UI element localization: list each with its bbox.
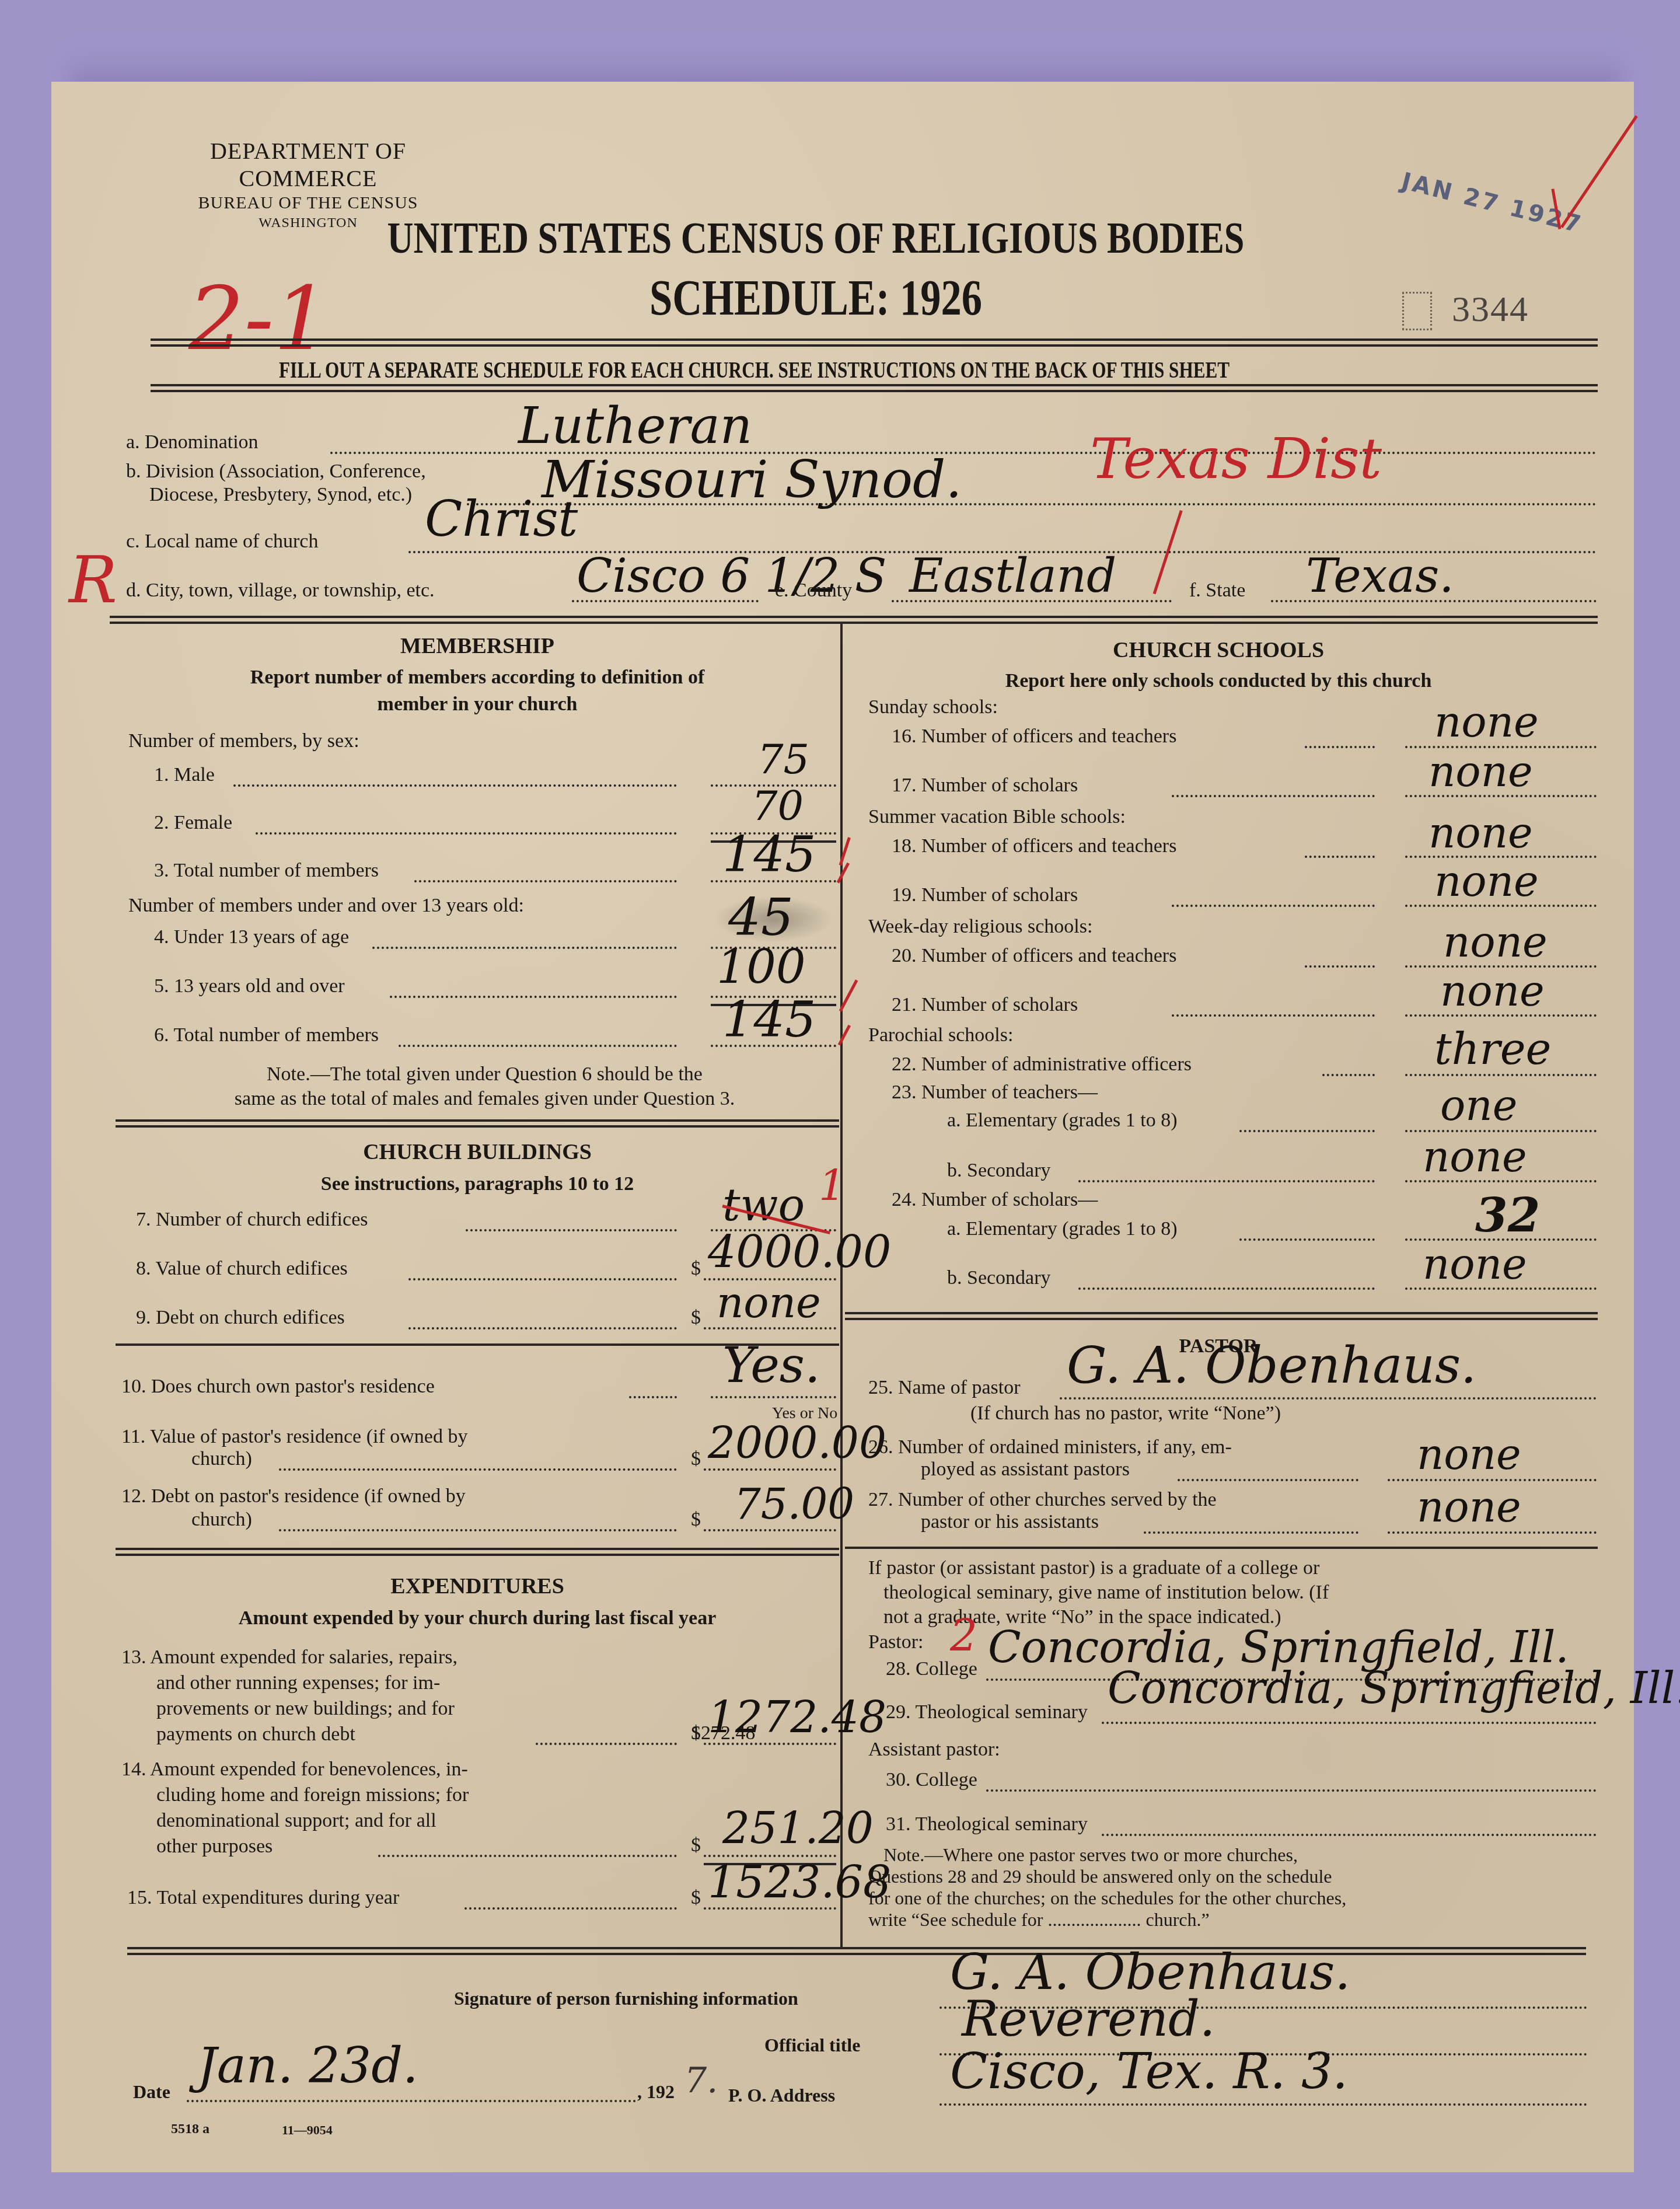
denomination-label: a. Denomination <box>126 431 259 454</box>
benevolences-leader <box>378 1855 677 1857</box>
pastor-education-label: Pastor: <box>868 1631 923 1654</box>
fill-out-instruction: FILL OUT A SEPARATE SCHEDULE FOR EACH CH… <box>279 356 1230 383</box>
currency-q13-symbol: $ <box>691 1722 701 1745</box>
pastor-note-line4: write “See schedule for ................… <box>868 1909 1592 1931</box>
salaries-label-line2: and other running expenses; for im- <box>121 1670 457 1696</box>
teachers-secondary-leader <box>1078 1180 1375 1182</box>
scholars-secondary-label: b. Secondary <box>947 1266 1051 1290</box>
male-label: 1. Male <box>154 763 215 787</box>
schedule-year: SCHEDULE: 1926 <box>600 268 1031 327</box>
total-members-leader <box>414 880 677 882</box>
form-title: UNITED STATES CENSUS OF RELIGIOUS BODIES <box>266 213 1366 264</box>
sunday-officers-label: 16. Number of officers and teachers <box>892 725 1176 748</box>
over-13-value: 100 <box>717 940 806 994</box>
scholars-elementary-leader <box>1239 1238 1375 1241</box>
received-date-stamp: JAN 27 1927 <box>1399 167 1585 239</box>
pastor-rule <box>845 1547 1598 1549</box>
residence-debt-label-2: church) <box>191 1508 252 1531</box>
pastor-name-hint: (If church has no pastor, write “None”) <box>970 1402 1281 1425</box>
county-value: Eastland <box>909 549 1116 603</box>
assistant-ministers-field[interactable] <box>1388 1479 1597 1481</box>
column-divider <box>840 623 843 1948</box>
currency-q12: $ <box>691 1508 701 1531</box>
form-number: 5518 a <box>171 2117 209 2141</box>
education-intro-line2: theological seminary, give name of insti… <box>868 1580 1592 1605</box>
county-label: e. County <box>775 579 852 602</box>
currency-q8: $ <box>691 1257 701 1280</box>
teachers-elementary-label: a. Elementary (grades 1 to 8) <box>947 1109 1178 1132</box>
salaries-label: 13. Amount expended for salaries, repair… <box>121 1645 457 1747</box>
members-by-age-label: Number of members under and over 13 year… <box>128 894 524 917</box>
red-check-q3-icon <box>837 863 850 884</box>
admin-officers-label: 22. Number of administrative officers <box>892 1053 1192 1076</box>
weekday-scholars-label: 21. Number of scholars <box>892 993 1078 1017</box>
salaries-leader <box>536 1743 677 1745</box>
residence-debt-field[interactable] <box>704 1529 836 1531</box>
male-leader <box>233 784 677 787</box>
edifices-debt-field[interactable] <box>704 1327 836 1329</box>
benevolences-label-line1: 14. Amount expended for benevolences, in… <box>121 1757 469 1782</box>
official-title-label: Official title <box>764 2033 860 2057</box>
membership-note-line1: Note.—The total given under Question 6 s… <box>136 1062 833 1087</box>
assistant-seminary-label: 31. Theological seminary <box>886 1813 1088 1836</box>
summer-schools-label: Summer vacation Bible schools: <box>868 805 1126 829</box>
pastor-note: Note.—Where one pastor serves two or mor… <box>868 1844 1592 1931</box>
schools-rule <box>845 1312 1598 1320</box>
assistant-ministers-leader <box>1178 1479 1358 1481</box>
salaries-label-line4: payments on church debt <box>121 1722 457 1747</box>
buildings-rule <box>116 1548 839 1556</box>
other-churches-field[interactable] <box>1388 1531 1597 1534</box>
city-label: d. City, town, village, or township, etc… <box>126 579 435 602</box>
stamp-box-icon <box>1402 292 1432 330</box>
membership-subheading-1: Report number of members according to de… <box>116 664 839 691</box>
owns-residence-field[interactable] <box>711 1396 836 1398</box>
pastor-note-line1: Note.—Where one pastor serves two or mor… <box>868 1844 1592 1866</box>
membership-heading: MEMBERSHIP <box>116 633 839 659</box>
total-expenditures-value: 1523.68 <box>708 1856 891 1908</box>
denomination-value: Lutheran <box>518 397 752 455</box>
currency-q11: $ <box>691 1447 701 1471</box>
summer-officers-value: none <box>1428 808 1533 857</box>
currency-q15: $ <box>691 1886 701 1910</box>
year-prefix: , 192 <box>637 2080 675 2103</box>
membership-note: Note.—The total given under Question 6 s… <box>136 1062 833 1111</box>
owns-residence-value: Yes. <box>722 1336 820 1394</box>
date-value: Jan. 23d. <box>197 2037 418 2094</box>
identity-rule <box>110 616 1598 624</box>
state-label: f. State <box>1189 579 1245 602</box>
currency-q9: $ <box>691 1306 701 1329</box>
department-name: DEPARTMENT OF COMMERCE <box>139 137 477 192</box>
other-churches-label-1: 27. Number of other churches served by t… <box>868 1488 1217 1512</box>
under-13-value: 45 <box>728 887 794 947</box>
sunday-officers-value: none <box>1434 697 1539 746</box>
assistant-college-field[interactable] <box>986 1789 1597 1792</box>
members-by-sex-label: Number of members, by sex: <box>128 730 359 753</box>
pastor-name-field[interactable] <box>1060 1397 1597 1400</box>
assistant-ministers-value: none <box>1417 1430 1521 1479</box>
expenditures-heading: EXPENDITURES <box>116 1573 839 1599</box>
scholars-secondary-leader <box>1078 1287 1375 1290</box>
benevolences-label-line3: denominational support; and for all <box>121 1808 469 1834</box>
teachers-secondary-value: none <box>1423 1132 1527 1181</box>
total-expenditures-label: 15. Total expenditures during year <box>127 1886 399 1910</box>
other-churches-label-2: pastor or his assistants <box>921 1510 1099 1534</box>
state-value: Texas. <box>1306 549 1454 603</box>
pastor-red-mark: 2 <box>950 1611 977 1661</box>
summer-officers-leader <box>1305 856 1375 858</box>
seminary-value: Concordia, Springfield, Ill. <box>1108 1663 1680 1714</box>
edifices-count-leader <box>466 1229 677 1231</box>
po-address-label: P. O. Address <box>728 2084 835 2107</box>
under-13-leader <box>372 947 677 949</box>
church-name-label: c. Local name of church <box>126 530 318 553</box>
schools-heading: CHURCH SCHOOLS <box>845 637 1592 663</box>
edifices-debt-label: 9. Debt on church edifices <box>136 1306 345 1329</box>
census-schedule-sheet: DEPARTMENT OF COMMERCE BUREAU OF THE CEN… <box>51 82 1634 2172</box>
buildings-heading: CHURCH BUILDINGS <box>116 1139 839 1165</box>
sunday-schools-label: Sunday schools: <box>868 696 998 719</box>
scholars-elementary-value: 32 <box>1475 1188 1540 1243</box>
po-address-field[interactable] <box>939 2103 1587 2106</box>
weekday-officers-label: 20. Number of officers and teachers <box>892 944 1176 968</box>
residence-value-label-1: 11. Value of pastor's residence (if owne… <box>121 1425 467 1449</box>
edifices-value-value: 4000.00 <box>708 1226 891 1278</box>
membership-rule <box>116 1119 839 1128</box>
salaries-value: 1272.48 <box>708 1692 886 1743</box>
red-mark-r: R <box>69 543 117 617</box>
edifices-debt-value: none <box>717 1278 821 1327</box>
admin-officers-leader <box>1322 1074 1375 1076</box>
other-churches-value: none <box>1417 1482 1521 1531</box>
scholars-elementary-label: a. Elementary (grades 1 to 8) <box>947 1217 1178 1241</box>
assistant-seminary-field[interactable] <box>1102 1834 1597 1836</box>
female-leader <box>256 832 677 835</box>
footer-rule <box>127 1947 1586 1955</box>
other-churches-leader <box>1144 1531 1358 1534</box>
header-rule-top <box>151 338 1598 347</box>
education-intro-line1: If pastor (or assistant pastor) is a gra… <box>868 1556 1592 1580</box>
edifices-count-red-correction: 1 <box>819 1161 846 1210</box>
residence-debt-label-1: 12. Debt on pastor's residence (if owned… <box>121 1485 466 1508</box>
scholars-secondary-value: none <box>1423 1240 1527 1289</box>
summer-scholars-label: 19. Number of scholars <box>892 884 1078 907</box>
summer-scholars-value: none <box>1434 857 1539 906</box>
membership-subheading-2: member in your church <box>116 691 839 718</box>
division-value: Missouri Synod. <box>542 449 962 509</box>
benevolences-label-line2: cluding home and foreign missions; for <box>121 1782 469 1808</box>
summer-officers-label: 18. Number of officers and teachers <box>892 835 1176 858</box>
division-label-line1: b. Division (Association, Conference, <box>126 460 426 483</box>
seminary-field[interactable] <box>1102 1722 1597 1724</box>
date-label: Date <box>133 2080 170 2103</box>
official-title-value: Reverend. <box>962 1990 1216 2047</box>
red-mark-number: 2-1 <box>188 268 330 370</box>
serial-number: 3344 <box>1452 289 1529 330</box>
red-check-mark-stroke <box>1560 115 1638 228</box>
pastor-name-value: G. A. Obenhaus. <box>1067 1336 1476 1395</box>
sunday-officers-leader <box>1305 746 1375 748</box>
under-13-label: 4. Under 13 years of age <box>154 926 349 949</box>
salaries-label-line3: provements or new buildings; and for <box>121 1696 457 1722</box>
assistant-ministers-label-1: 26. Number of ordained ministers, if any… <box>868 1436 1232 1459</box>
edifices-count-label: 7. Number of church edifices <box>136 1208 368 1231</box>
salaries-field[interactable] <box>704 1743 836 1745</box>
admin-officers-value: three <box>1434 1024 1551 1074</box>
salaries-label-line1: 13. Amount expended for salaries, repair… <box>121 1645 457 1670</box>
residence-value-label-2: church) <box>191 1447 252 1471</box>
residence-debt-leader <box>279 1529 677 1531</box>
residence-value-leader <box>279 1468 677 1471</box>
expenditures-subheading: Amount expended by your church during la… <box>116 1605 839 1632</box>
date-field[interactable] <box>187 2100 636 2102</box>
assistant-pastor-label: Assistant pastor: <box>868 1738 1000 1761</box>
print-code: 11—9054 <box>282 2119 333 2142</box>
female-value: 70 <box>752 782 804 830</box>
edifices-value-leader <box>408 1278 677 1280</box>
pastor-note-line2: Questions 28 and 29 should be answered o… <box>868 1866 1592 1887</box>
male-value: 75 <box>757 735 809 783</box>
po-address-value: Cisco, Tex. R. 3. <box>950 2043 1348 2100</box>
sunday-scholars-leader <box>1172 795 1375 797</box>
weekday-schools-label: Week-day religious schools: <box>868 915 1092 938</box>
membership-note-line2: same as the total of males and females g… <box>136 1087 833 1111</box>
college-label: 28. College <box>886 1657 977 1681</box>
bureau-name: BUREAU OF THE CENSUS <box>139 193 477 213</box>
benevolences-value: 251.20 <box>722 1803 874 1854</box>
year-suffix: 7. <box>684 2060 718 2101</box>
over-13-leader <box>390 996 677 998</box>
residence-debt-value: 75.00 <box>734 1479 854 1528</box>
total-members-value: 145 <box>722 826 816 883</box>
pastor-note-line3: for one of the churches; on the schedule… <box>868 1887 1592 1909</box>
header-rule-bottom <box>151 384 1598 392</box>
weekday-officers-leader <box>1305 965 1375 968</box>
over-13-label: 5. 13 years old and over <box>154 975 345 998</box>
currency-q14: $ <box>691 1834 701 1857</box>
teachers-elementary-value: one <box>1440 1081 1517 1130</box>
edifices-value-label: 8. Value of church edifices <box>136 1257 348 1280</box>
female-label: 2. Female <box>154 811 232 835</box>
schools-subheading: Report here only schools conducted by th… <box>845 668 1592 695</box>
division-red-annotation: Texas Dist <box>1090 426 1382 491</box>
weekday-scholars-value: none <box>1440 966 1545 1015</box>
owns-residence-label: 10. Does church own pastor's residence <box>121 1375 435 1398</box>
teachers-label: 23. Number of teachers— <box>892 1081 1098 1104</box>
assistant-ministers-label-2: ployed as assistant pastors <box>921 1458 1130 1481</box>
parochial-schools-label: Parochial schools: <box>868 1024 1013 1047</box>
seminary-label: 29. Theological seminary <box>886 1701 1088 1724</box>
sunday-scholars-value: none <box>1428 747 1533 796</box>
church-name-value: Christ <box>425 490 578 547</box>
edifices-debt-leader <box>408 1327 677 1329</box>
signature-label: Signature of person furnishing informati… <box>454 1987 798 2010</box>
teachers-secondary-label: b. Secondary <box>947 1159 1051 1182</box>
pastor-name-label: 25. Name of pastor <box>868 1376 1021 1400</box>
sunday-scholars-label: 17. Number of scholars <box>892 774 1078 797</box>
residence-value-field[interactable] <box>704 1468 836 1471</box>
owns-residence-leader <box>629 1396 677 1398</box>
total-members-age-label: 6. Total number of members <box>154 1024 379 1047</box>
teachers-elementary-leader <box>1239 1130 1375 1132</box>
total-members-age-value: 145 <box>722 991 816 1048</box>
total-members-label: 3. Total number of members <box>154 859 379 882</box>
total-members-age-leader <box>399 1045 677 1047</box>
scholars-label: 24. Number of scholars— <box>892 1188 1098 1212</box>
residence-value-value: 2000.00 <box>708 1418 886 1468</box>
total-expenditures-leader <box>464 1907 677 1910</box>
weekday-officers-value: none <box>1443 917 1548 966</box>
summer-scholars-leader <box>1172 905 1375 907</box>
weekday-scholars-leader <box>1172 1014 1375 1017</box>
assistant-college-label: 30. College <box>886 1768 977 1792</box>
division-label-line2: Diocese, Presbytery, Synod, etc.) <box>149 483 412 507</box>
benevolences-label: 14. Amount expended for benevolences, in… <box>121 1757 469 1859</box>
